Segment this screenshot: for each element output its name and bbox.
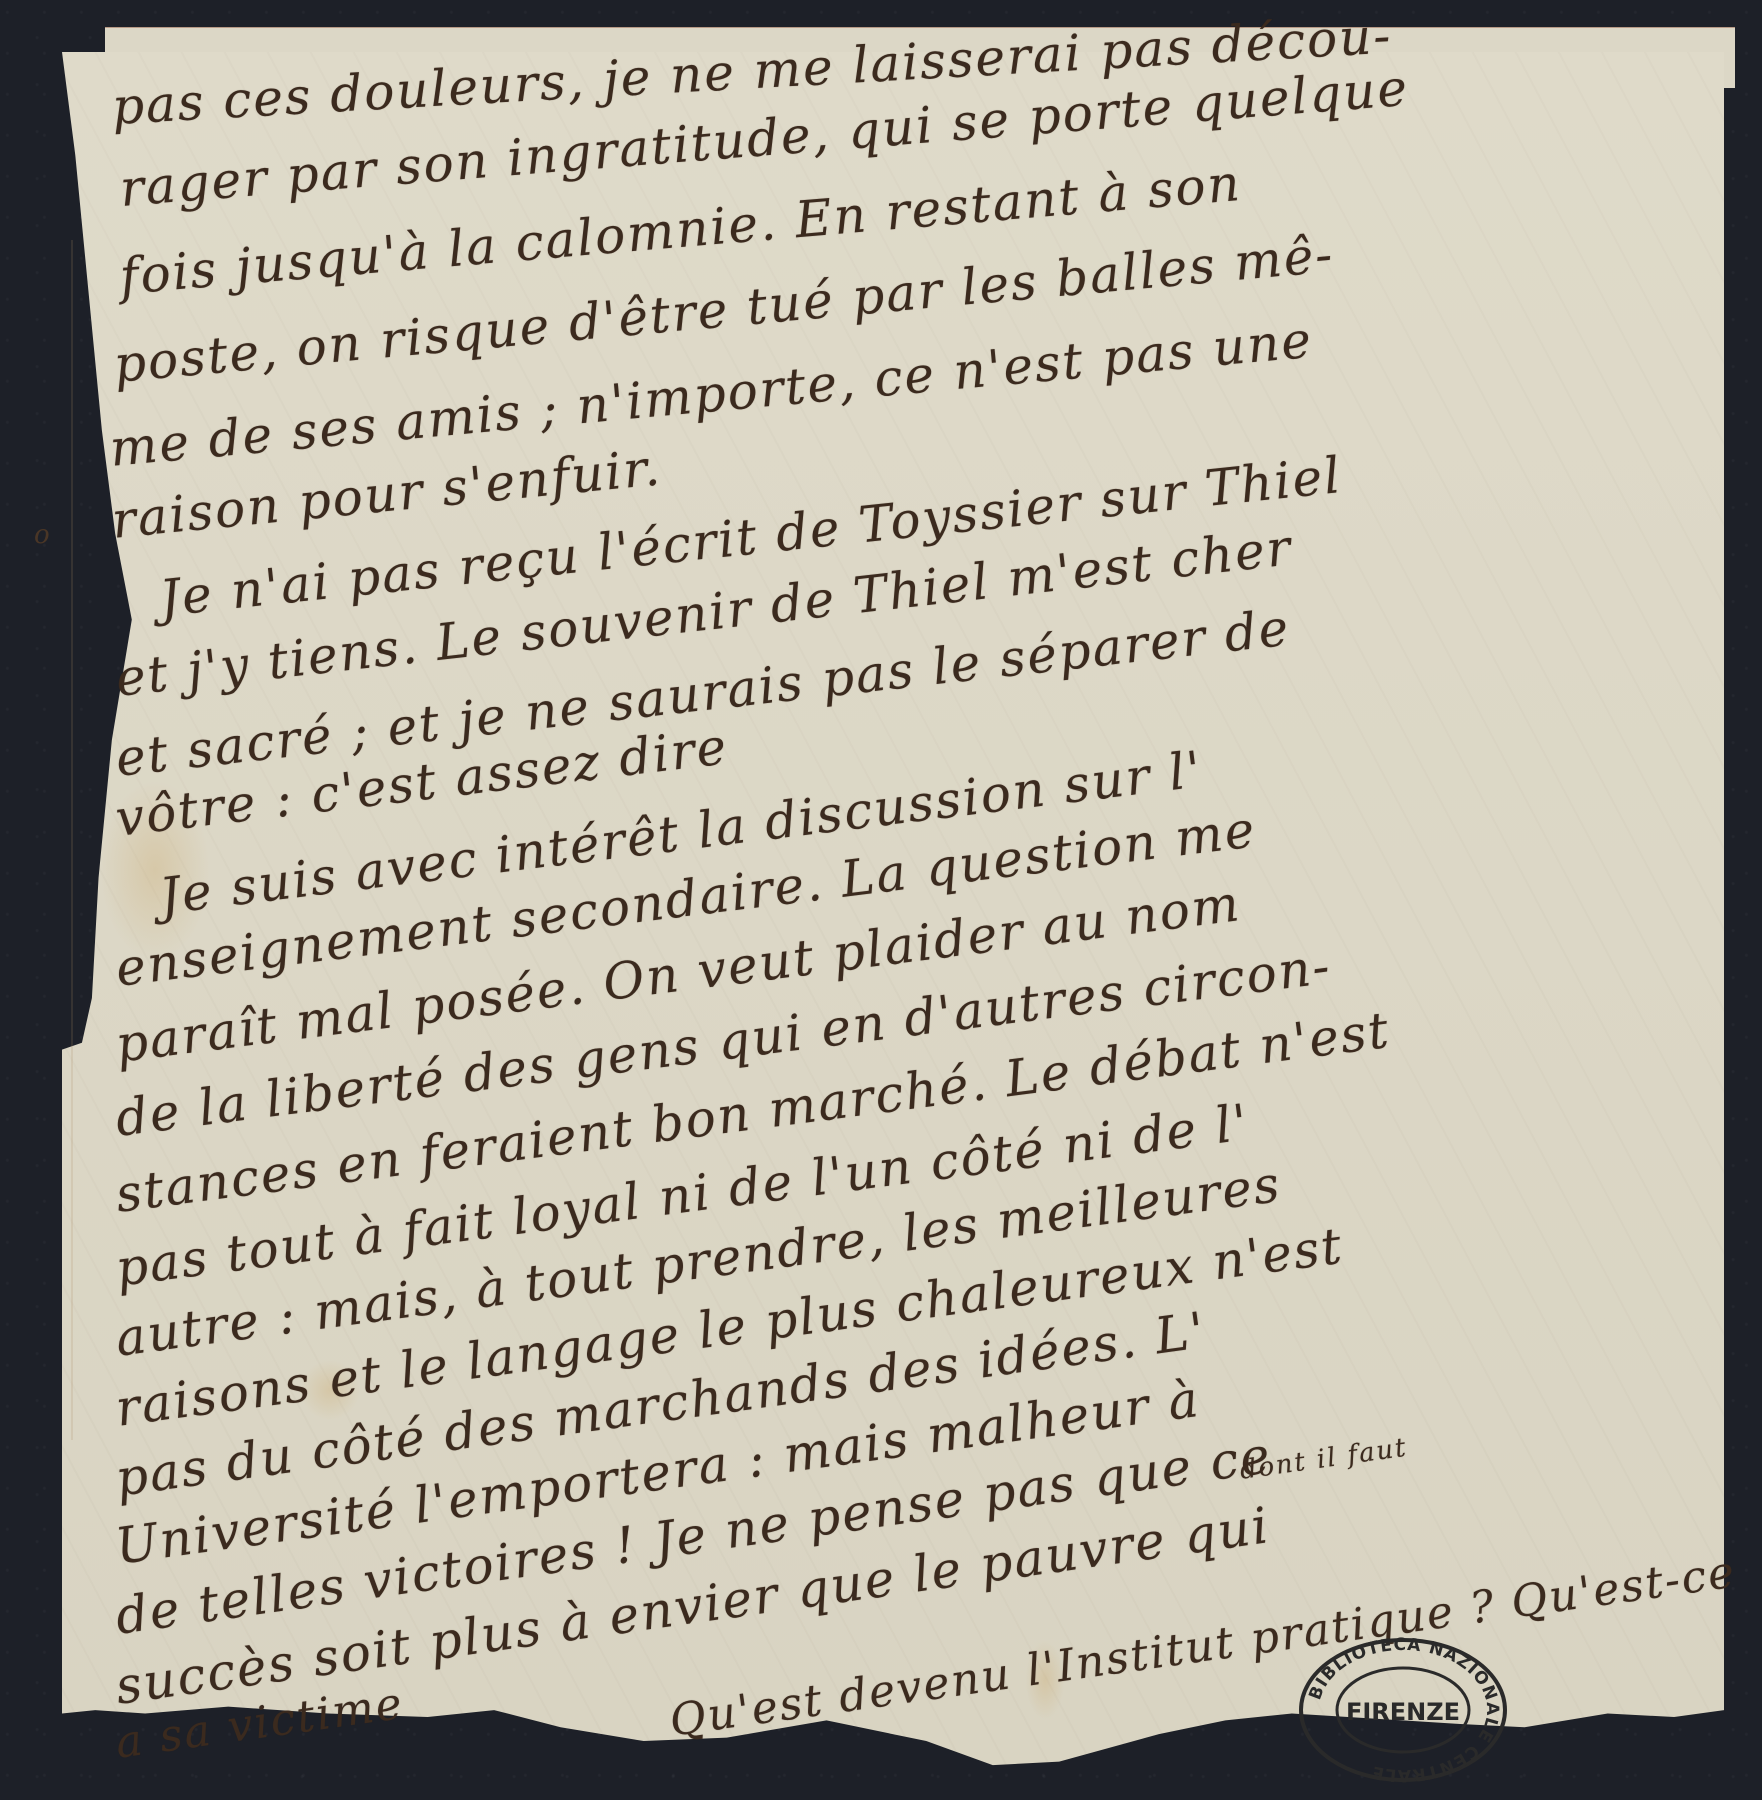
margin-mark: o: [34, 520, 50, 550]
stamp-inner-text: FIRENZE: [1346, 1698, 1460, 1726]
paper-fold-crease: [71, 240, 73, 1440]
stamp-oval-icon: BIBLIOTECA NAZIONALE CENTRALE FIRENZE: [1297, 1636, 1509, 1784]
library-stamp: BIBLIOTECA NAZIONALE CENTRALE FIRENZE: [1297, 1636, 1509, 1784]
